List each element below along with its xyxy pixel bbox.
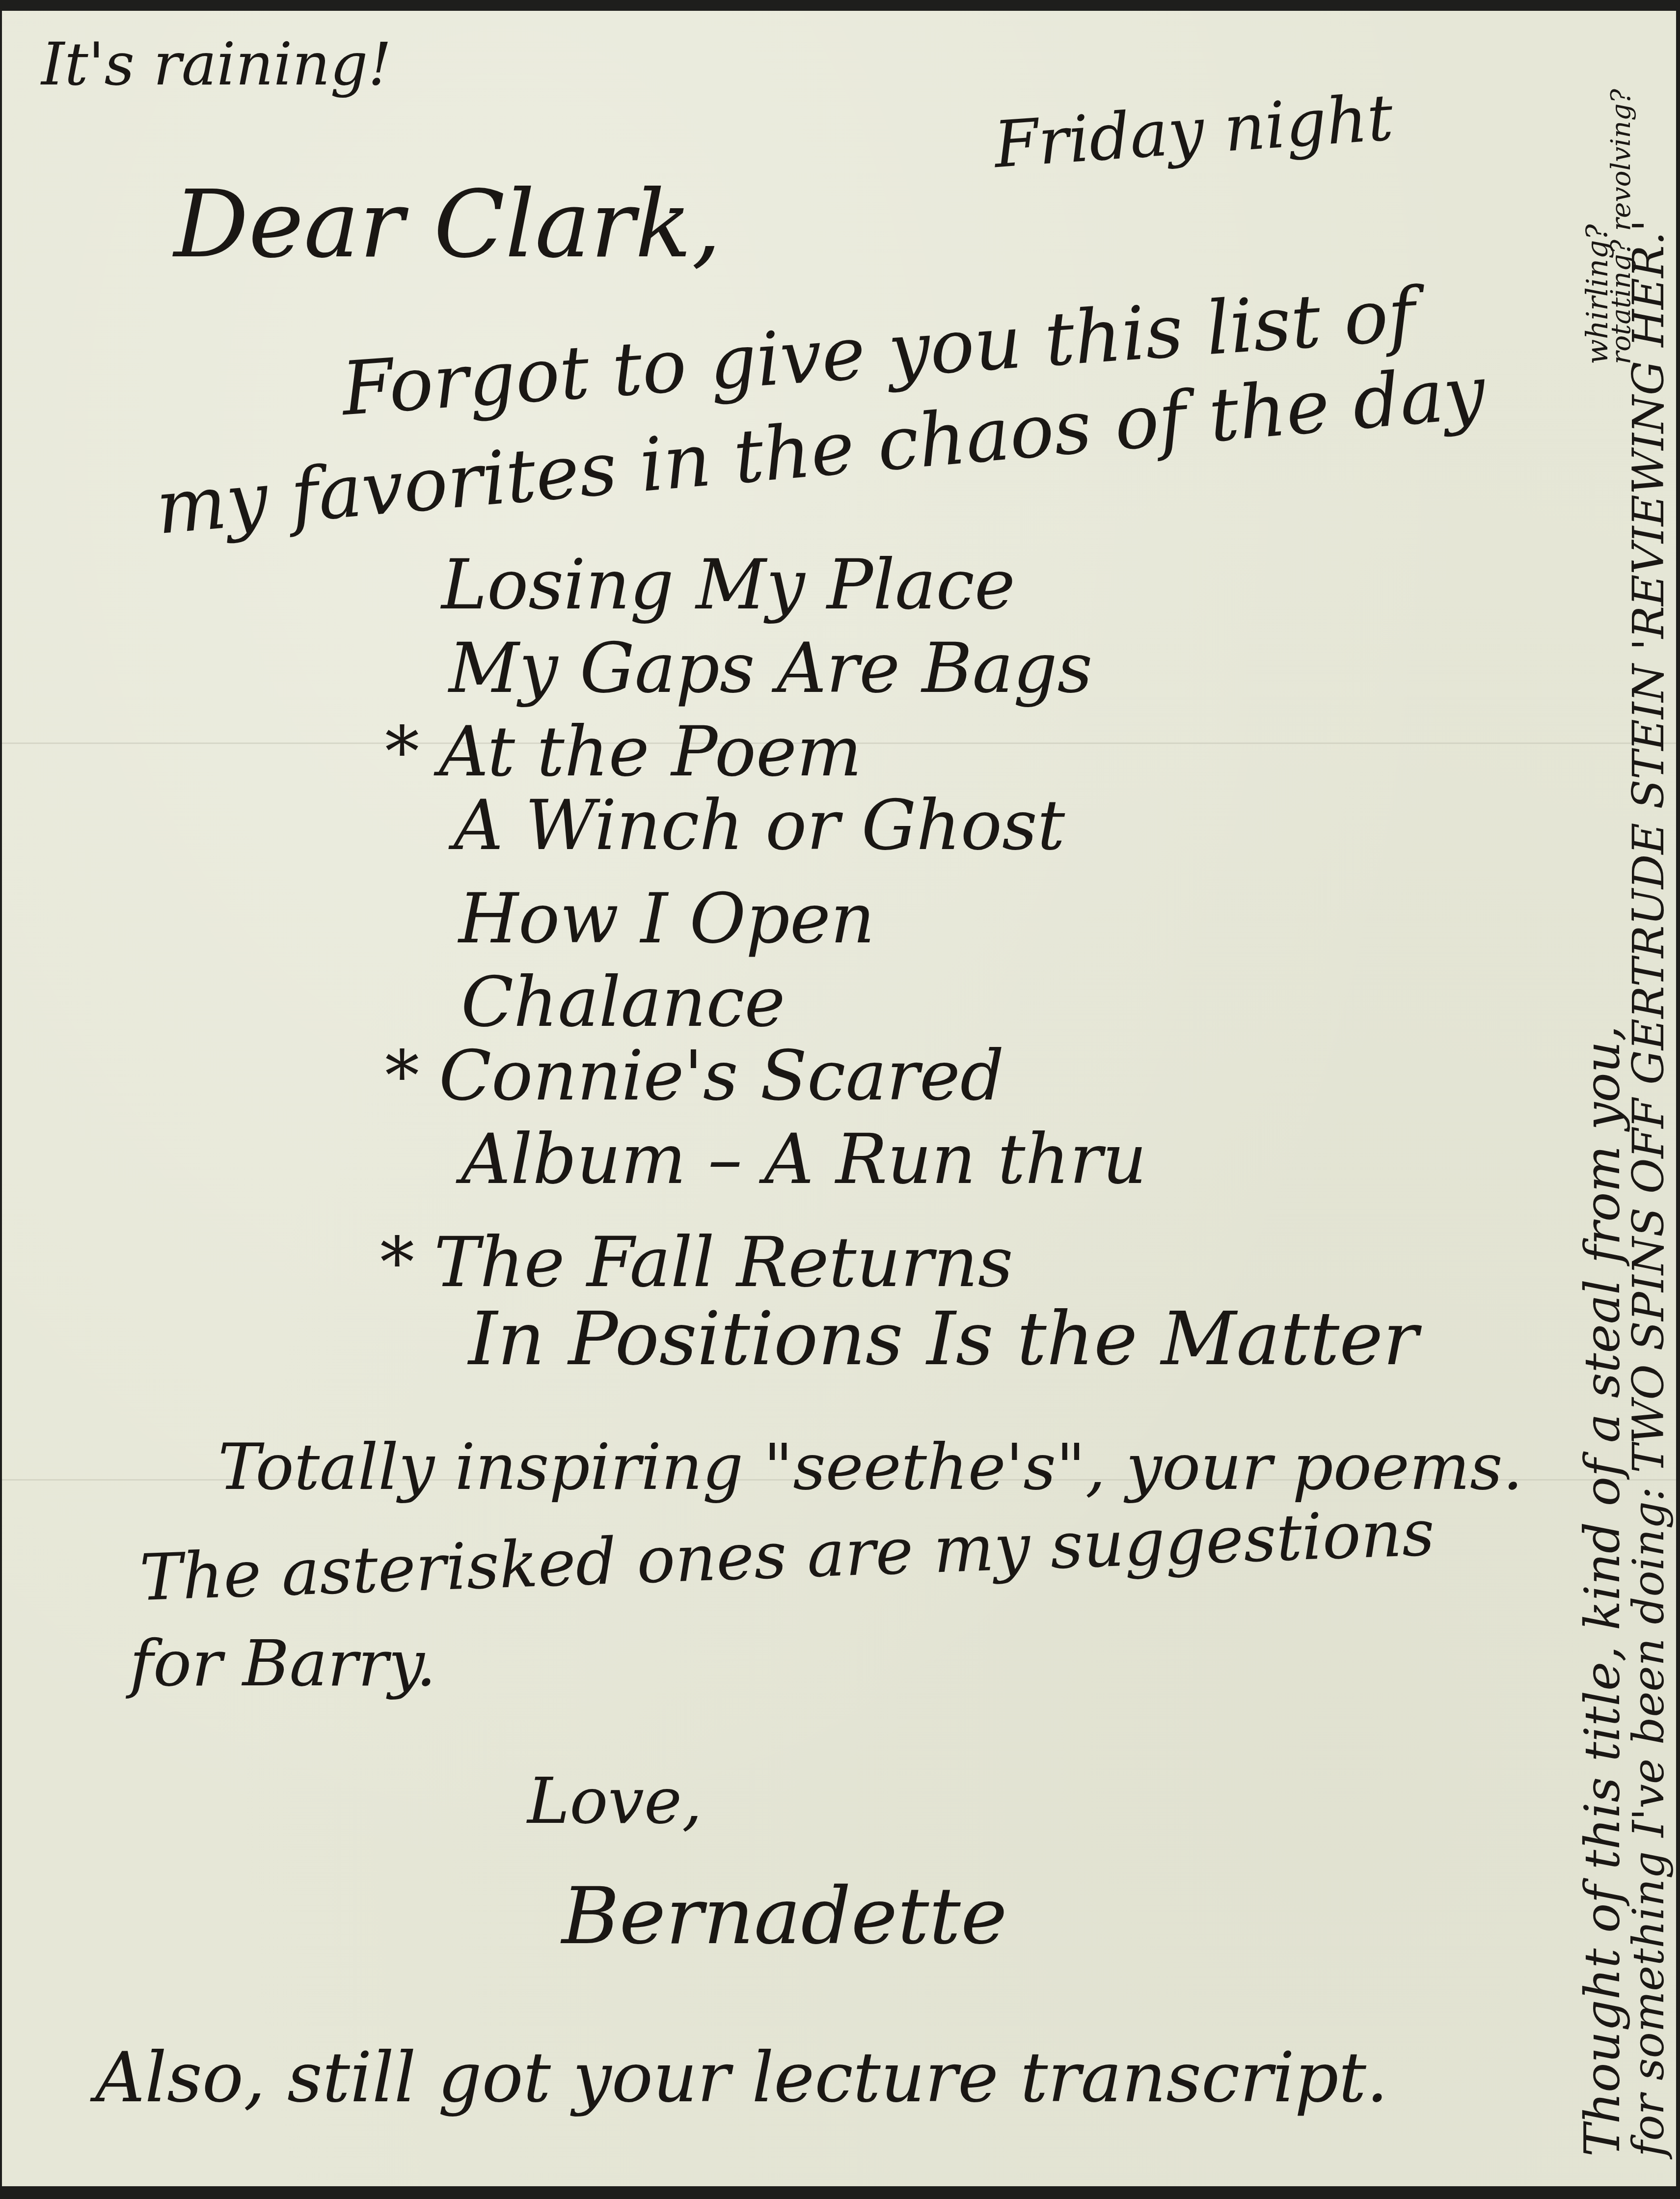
poem-title: How I Open: [459, 879, 875, 959]
margin-note-text: for something I've been doing: TWO SPINS…: [1623, 220, 1674, 2157]
poem-title: Chalance: [461, 962, 785, 1043]
poem-item: In Positions Is the Matter: [468, 1302, 1418, 1376]
asterisk-marker: *: [385, 712, 419, 792]
asterisk-marker: *: [385, 1036, 419, 1116]
poem-title: In Positions Is the Matter: [468, 1296, 1418, 1382]
postscript-bottom: Also, still got your lecture transcript.: [95, 2044, 1388, 2113]
body-line-1: Totally inspiring "seethe's", your poems…: [218, 1435, 1523, 1499]
poem-item: Chalance: [461, 968, 785, 1037]
poem-item: Losing My Place: [441, 551, 1015, 620]
letter-page: It's raining! Friday night Dear Clark, F…: [2, 11, 1676, 2186]
salutation: Dear Clark,: [174, 178, 721, 271]
poem-title: Losing My Place: [441, 545, 1015, 625]
dateline: Friday night: [992, 85, 1395, 177]
closing: Love,: [527, 1769, 702, 1833]
poem-item: Album – A Run thru: [461, 1126, 1147, 1194]
poem-title: My Gaps Are Bags: [449, 629, 1092, 709]
poem-item: A Winch or Ghost: [454, 792, 1065, 860]
body-line-3: for Barry.: [130, 1631, 436, 1695]
margin-note-line-1: Thought of this title, kind of a steal f…: [1578, 1025, 1627, 2157]
poem-title: A Winch or Ghost: [454, 786, 1065, 866]
poem-title: Album – A Run thru: [461, 1120, 1147, 1200]
margin-note-line-2: for something I've been doing: TWO SPINS…: [1627, 220, 1670, 2157]
poem-item: *Connie's Scared: [385, 1042, 1004, 1111]
poem-title: Connie's Scared: [439, 1036, 1004, 1116]
postscript-top: It's raining!: [41, 35, 392, 94]
poem-item: *At the Poem: [385, 718, 862, 787]
margin-insert-line-2: rotating? revolving?: [1607, 89, 1634, 364]
poem-title: The Fall Returns: [434, 1223, 1013, 1303]
signature: Bernadette: [562, 1877, 1007, 1955]
poem-title: At the Poem: [439, 712, 862, 792]
body-line-2: The asterisked ones are my suggestions: [139, 1501, 1436, 1610]
poem-item: *The Fall Returns: [380, 1229, 1013, 1297]
poem-item: My Gaps Are Bags: [449, 634, 1092, 703]
asterisk-marker: *: [380, 1223, 414, 1303]
poem-item: How I Open: [459, 885, 875, 954]
